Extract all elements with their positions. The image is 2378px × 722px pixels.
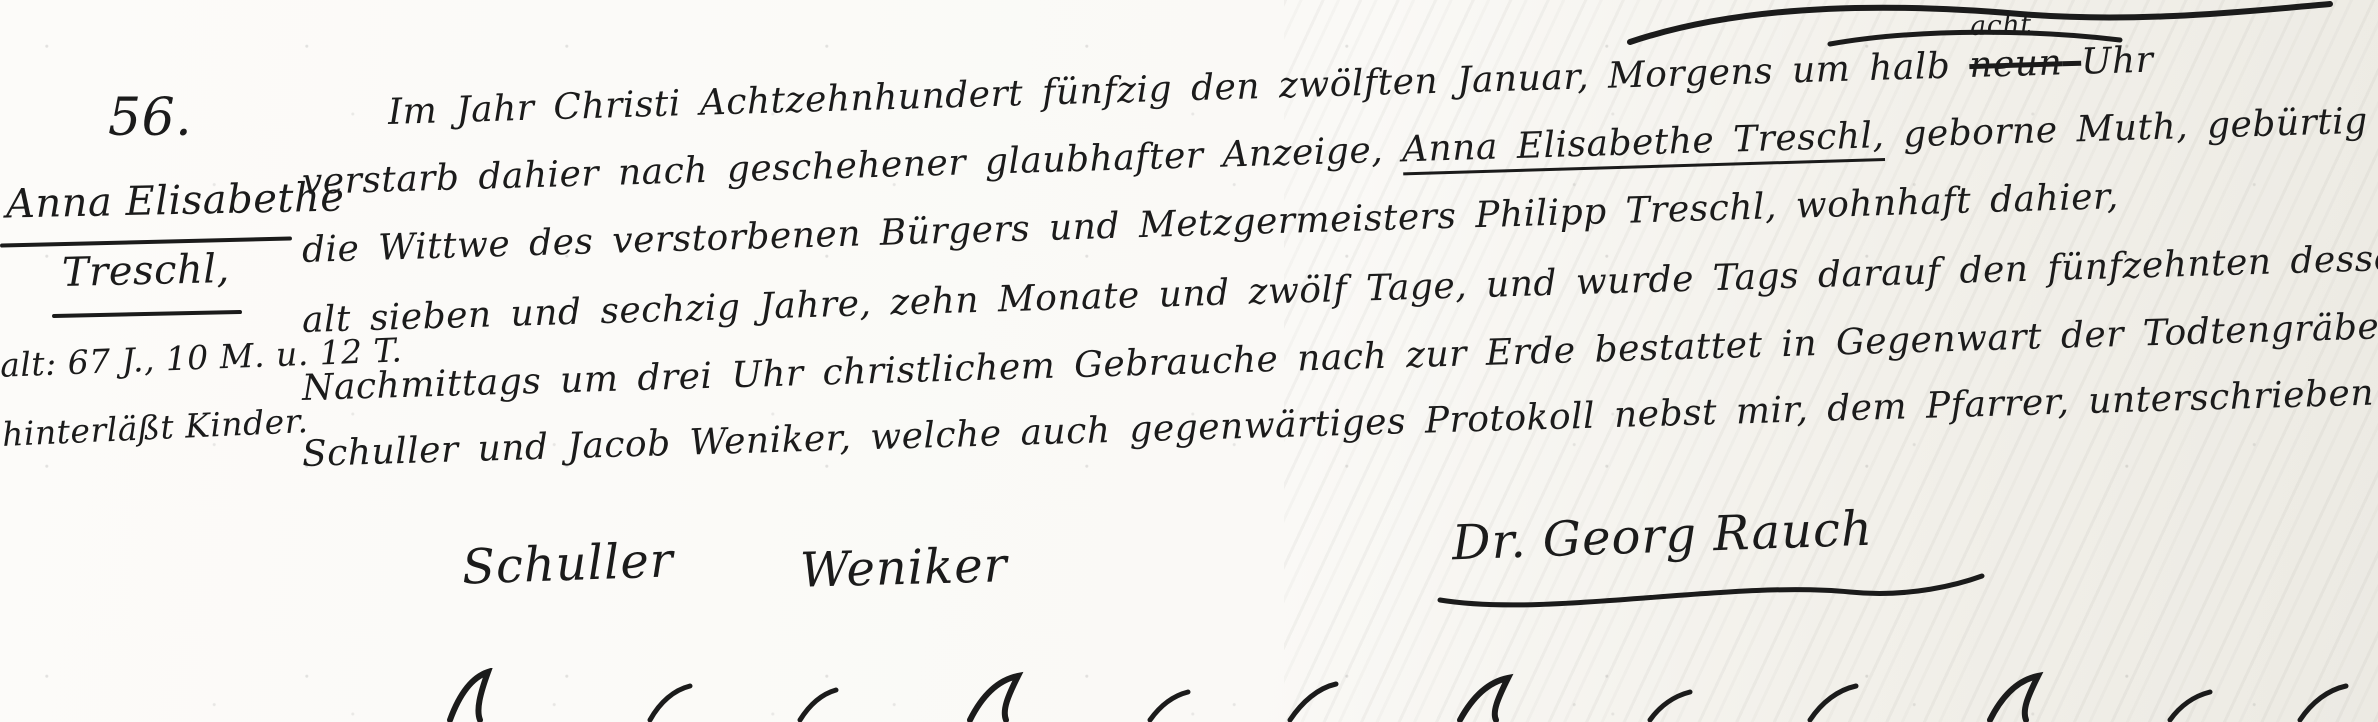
signature-flourish — [1430, 570, 1990, 620]
struck-word: neun acht — [1969, 42, 2082, 86]
body-line-1-suffix: Uhr — [2081, 40, 2154, 83]
inserted-correction: acht — [1970, 9, 2032, 42]
signature-witness-1: Schuller — [461, 532, 674, 595]
entry-number: 56. — [108, 88, 192, 148]
death-register-scan: 56. Anna Elisabethe Treschl, alt: 67 J.,… — [0, 0, 2378, 722]
cut-off-strokes-bottom — [330, 668, 2370, 722]
name-underline-2 — [52, 310, 242, 318]
struck-word-text: neun — [1969, 42, 2063, 86]
signature-witness-2: Weniker — [799, 537, 1008, 598]
deceased-name-line1: Anna Elisabethe — [6, 174, 345, 227]
underlined-deceased-name: Anna Elisabethe Treschl, — [1401, 115, 1885, 175]
body-line-2-prefix: verstarb dahier nach geschehener glaubha… — [301, 129, 1402, 203]
deceased-name-line2: Treschl, — [61, 246, 230, 296]
survivors-annotation: hinterläßt Kinder. — [1, 401, 309, 454]
body-line-2-suffix: geborne Muth, gebürtig — [1884, 101, 2369, 156]
name-underline-1 — [0, 236, 292, 247]
signature-pastor: Dr. Georg Rauch — [1451, 501, 1874, 572]
